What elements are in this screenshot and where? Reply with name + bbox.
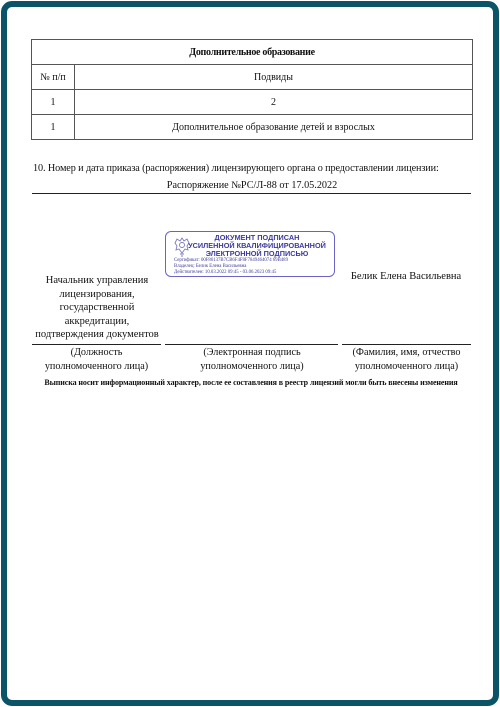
table-row: 1 2	[32, 90, 473, 115]
signature-caption: (Электронная подпись уполномоченного лиц…	[190, 346, 314, 374]
subtypes-table: Дополнительное образование № п/п Подвиды…	[31, 39, 473, 140]
table-row: 1 Дополнительное образование детей и взр…	[32, 115, 473, 140]
full-name-underline	[342, 344, 471, 345]
position-underline	[32, 344, 161, 345]
table-cell: 1	[32, 90, 75, 115]
order-value: Распоряжение №РС/Л-88 от 17.05.2022	[32, 180, 472, 191]
column-header-subtypes: Подвиды	[75, 65, 473, 90]
signer-position: Начальник управления лицензирования, гос…	[32, 274, 162, 342]
signature-underline	[165, 344, 338, 345]
table-cell: 1	[32, 115, 75, 140]
stamp-title-line3: ЭЛЕКТРОННОЙ ПОДПИСЬЮ	[166, 250, 334, 258]
footnote: Выписка носит информационный характер, п…	[30, 378, 472, 387]
order-section-label: 10. Номер и дата приказа (распоряжения) …	[33, 163, 439, 174]
order-underline	[32, 193, 471, 194]
position-caption: (Должность уполномоченного лица)	[32, 346, 161, 374]
stamp-certificate: Сертификат: 00F86137B7CB6F4F8F7849464074…	[174, 258, 288, 264]
table-title: Дополнительное образование	[32, 40, 473, 65]
stamp-owner: Владелец: Белик Елена Васильевна	[174, 264, 246, 270]
table-cell: 2	[75, 90, 473, 115]
table-title-row: Дополнительное образование	[32, 40, 473, 65]
full-name-caption: (Фамилия, имя, отчество уполномоченного …	[342, 346, 471, 374]
stamp-validity: Действителен: 10.03.2022 09:45 - 03.06.2…	[174, 270, 276, 276]
column-header-number: № п/п	[32, 65, 75, 90]
electronic-signature-stamp: ДОКУМЕНТ ПОДПИСАН УСИЛЕННОЙ КВАЛИФИЦИРОВ…	[165, 231, 335, 277]
table-cell: Дополнительное образование детей и взрос…	[75, 115, 473, 140]
table-header-row: № п/п Подвиды	[32, 65, 473, 90]
signer-full-name: Белик Елена Васильевна	[342, 271, 470, 282]
